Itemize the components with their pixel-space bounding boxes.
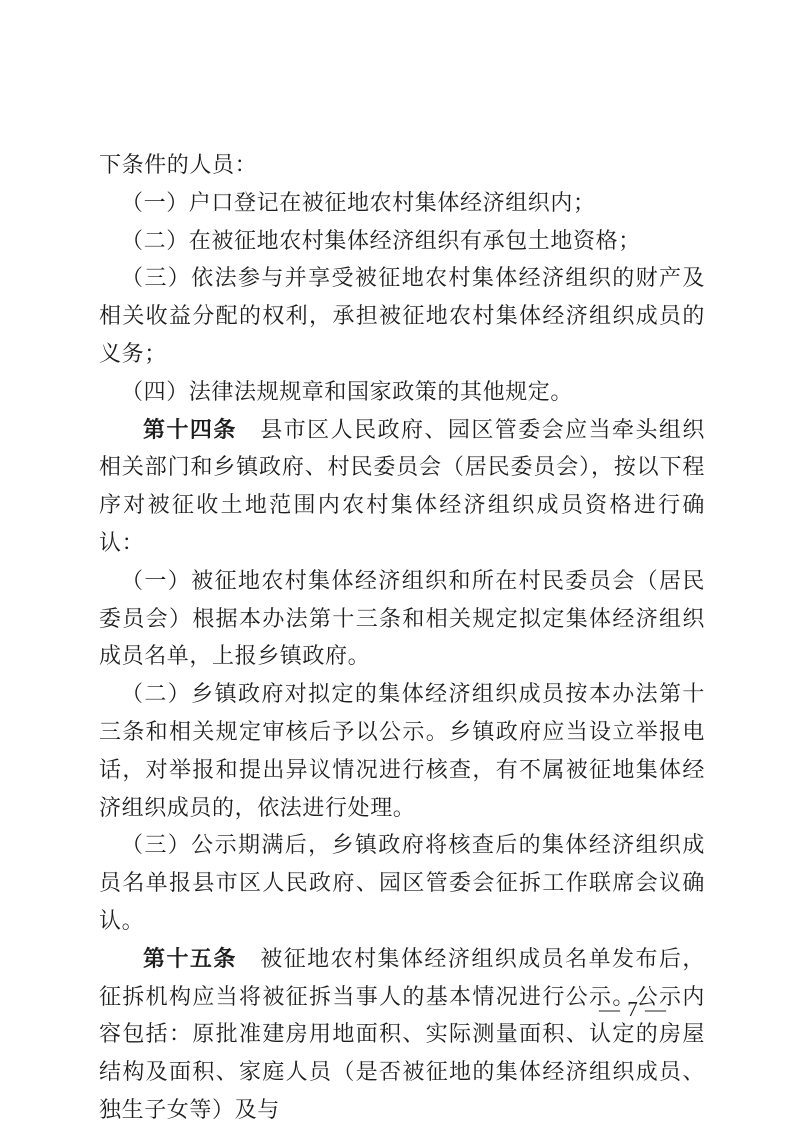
paragraph: （三）公示期满后，乡镇政府将核查后的集体经济组织成员名单报县市区人民政府、园区管… (99, 826, 705, 939)
paragraph: （二）在被征地农村集体经济组织有承包土地资格； (99, 222, 705, 260)
page-number: — 7 — (560, 997, 706, 1022)
document-page: 下条件的人员：（一）户口登记在被征地农村集体经济组织内；（二）在被征地农村集体经… (0, 0, 793, 1122)
paragraph: （二）乡镇政府对拟定的集体经济组织成员按本办法第十三条和相关规定审核后予以公示。… (99, 675, 705, 826)
article-number: 第十四条 (143, 417, 237, 442)
paragraph: （一）被征地农村集体经济组织和所在村民委员会（居民委员会）根据本办法第十三条和相… (99, 562, 705, 675)
paragraph: （一）户口登记在被征地农村集体经济组织内； (99, 184, 705, 222)
article-number: 第十五条 (143, 946, 237, 971)
paragraph: （三）依法参与并享受被征地农村集体经济组织的财产及相关收益分配的权利，承担被征地… (99, 259, 705, 372)
paragraph: 下条件的人员： (99, 146, 705, 184)
paragraph: 第十五条 被征地农村集体经济组织成员名单发布后，征拆机构应当将被征拆当事人的基本… (99, 940, 705, 1122)
document-body: 下条件的人员：（一）户口登记在被征地农村集体经济组织内；（二）在被征地农村集体经… (99, 146, 705, 1122)
paragraph: 第十四条 县市区人民政府、园区管委会应当牵头组织相关部门和乡镇政府、村民委员会（… (99, 411, 705, 562)
paragraph: （四）法律法规规章和国家政策的其他规定。 (99, 373, 705, 411)
